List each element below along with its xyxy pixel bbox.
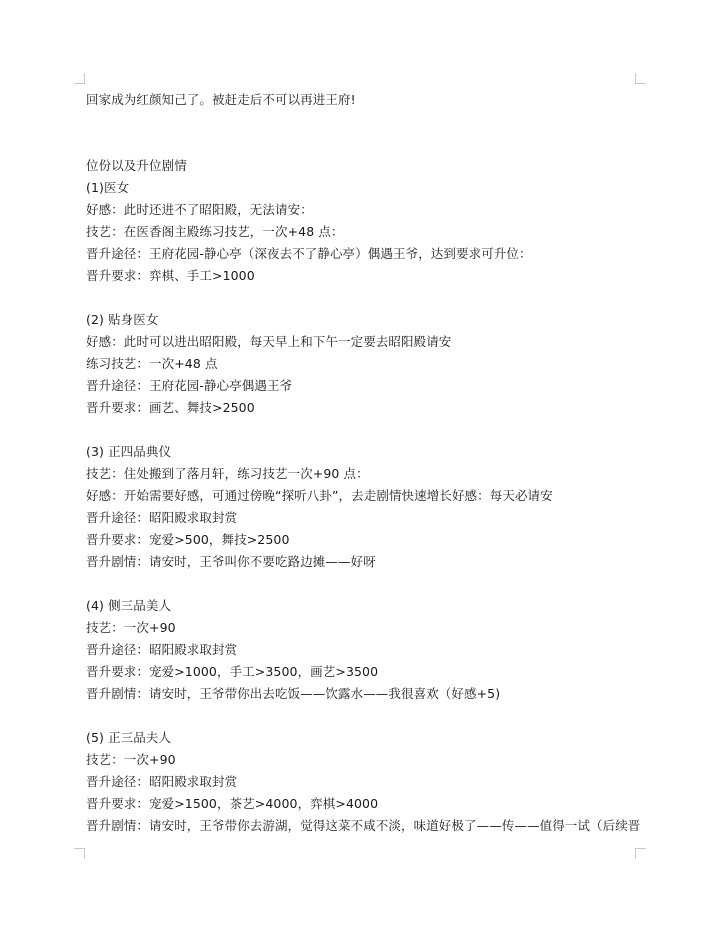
rank-promotion-story: 晋升剧情：请安时，王爷叫你不要吃路边摊——好呀: [86, 551, 646, 573]
rank-promotion-path: 晋升途径：昭阳殿求取封赏: [86, 771, 646, 793]
rank-promotion-story: 晋升剧情：请安时，王爷带你去游湖，觉得这菜不咸不淡，味道好极了——传——值得一试…: [86, 815, 646, 837]
page-corner-mark-bottom-left: [74, 848, 85, 859]
rank-promotion-requirement: 晋升要求：弈棋、手工>1000: [86, 265, 646, 287]
rank-promotion-path: 晋升途径：昭阳殿求取封赏: [86, 507, 646, 529]
rank-promotion-path: 晋升途径：昭阳殿求取封赏: [86, 639, 646, 661]
rank-promotion-requirement: 晋升要求：宠爱>1000，手工>3500，画艺>3500: [86, 661, 646, 683]
rank-section-3: (3) 正四品典仪 技艺：住处搬到了落月轩，练习技艺一次+90 点： 好感：开始…: [86, 441, 646, 573]
rank-skill: 练习技艺：一次+48 点: [86, 353, 646, 375]
page-corner-mark-top-right: [635, 73, 646, 84]
rank-title: (3) 正四品典仪: [86, 441, 646, 463]
rank-title: (5) 正三品夫人: [86, 727, 646, 749]
rank-favor: 好感：开始需要好感，可通过傍晚“探听八卦”，去走剧情快速增长好感：每天必请安: [86, 485, 646, 507]
spacer: [86, 419, 646, 441]
rank-skill: 技艺：住处搬到了落月轩，练习技艺一次+90 点：: [86, 463, 646, 485]
section-title: 位份以及升位剧情: [86, 155, 646, 177]
rank-title: (2) 贴身医女: [86, 309, 646, 331]
rank-title: (4) 侧三品美人: [86, 595, 646, 617]
spacer: [86, 573, 646, 595]
rank-favor: 好感：此时可以进出昭阳殿，每天早上和下午一定要去昭阳殿请安: [86, 331, 646, 353]
rank-section-2: (2) 贴身医女 好感：此时可以进出昭阳殿，每天早上和下午一定要去昭阳殿请安 练…: [86, 309, 646, 419]
rank-section-1: (1)医女 好感：此时还进不了昭阳殿，无法请安： 技艺：在医香阁主殿练习技艺，一…: [86, 177, 646, 287]
rank-promotion-story: 晋升剧情：请安时，王爷带你出去吃饭——饮露水——我很喜欢（好感+5): [86, 683, 646, 705]
rank-promotion-requirement: 晋升要求：宠爱>1500，茶艺>4000，弈棋>4000: [86, 793, 646, 815]
rank-promotion-requirement: 晋升要求：宠爱>500，舞技>2500: [86, 529, 646, 551]
intro-line: 回家成为红颜知己了。被赶走后不可以再进王府!: [86, 89, 646, 111]
document-body: 回家成为红颜知己了。被赶走后不可以再进王府! 位份以及升位剧情 (1)医女 好感…: [86, 89, 646, 837]
rank-section-4: (4) 侧三品美人 技艺：一次+90 晋升途径：昭阳殿求取封赏 晋升要求：宠爱>…: [86, 595, 646, 705]
spacer: [86, 705, 646, 727]
spacer: [86, 287, 646, 309]
page-corner-mark-bottom-right: [635, 848, 646, 859]
rank-promotion-path: 晋升途径：王府花园-静心亭偶遇王爷: [86, 375, 646, 397]
rank-favor: 好感：此时还进不了昭阳殿，无法请安：: [86, 199, 646, 221]
rank-skill: 技艺：一次+90: [86, 749, 646, 771]
spacer: [86, 111, 646, 155]
rank-title: (1)医女: [86, 177, 646, 199]
rank-skill: 技艺：在医香阁主殿练习技艺，一次+48 点：: [86, 221, 646, 243]
rank-promotion-path: 晋升途径：王府花园-静心亭（深夜去不了静心亭）偶遇王爷，达到要求可升位：: [86, 243, 646, 265]
rank-skill: 技艺：一次+90: [86, 617, 646, 639]
page-corner-mark-top-left: [74, 73, 85, 84]
rank-promotion-requirement: 晋升要求：画艺、舞技>2500: [86, 397, 646, 419]
rank-section-5: (5) 正三品夫人 技艺：一次+90 晋升途径：昭阳殿求取封赏 晋升要求：宠爱>…: [86, 727, 646, 837]
